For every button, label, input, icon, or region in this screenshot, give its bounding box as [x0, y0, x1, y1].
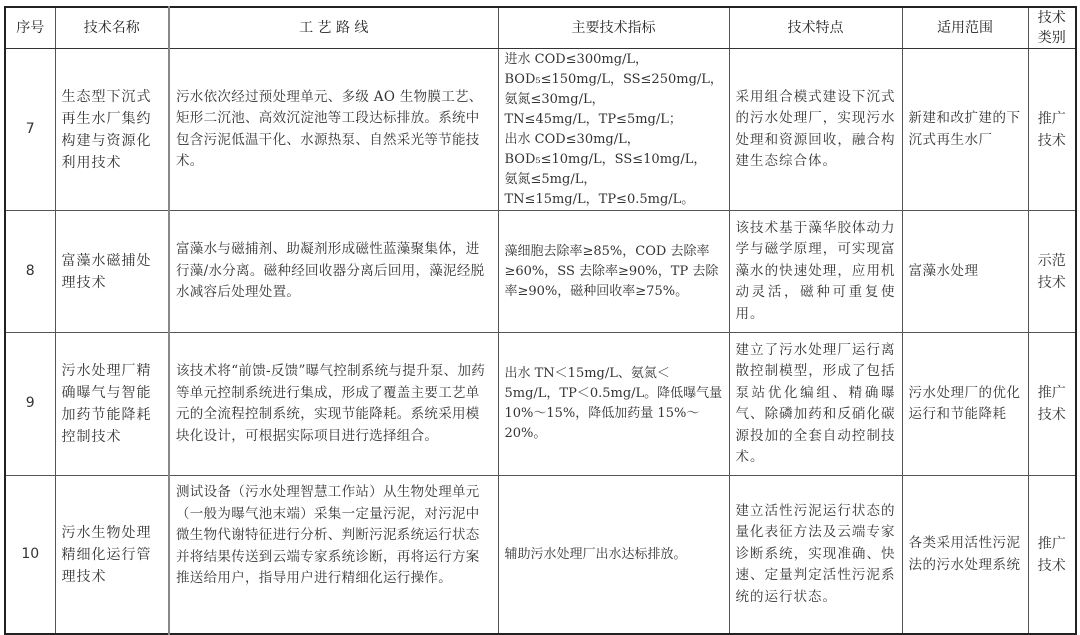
row-scope: 污水处理厂的优化运行和节能降耗 — [902, 333, 1028, 476]
row-metrics: 进水 COD≤300mg/L， BOD₅≤150mg/L，SS≤250mg/L，… — [498, 49, 729, 211]
row-route: 富藻水与磁捕剂、助凝剂形成磁性蓝藻聚集体，进行藻/水分离。磁种经回收器分离后回用… — [169, 211, 498, 333]
row-name: 生态型下沉式再生水厂集约构建与资源化利用技术 — [55, 49, 169, 211]
row-category: 推广 技术 — [1028, 476, 1076, 635]
row-index: 10 — [5, 476, 55, 635]
header-metrics: 主要技术指标 — [498, 7, 729, 49]
metric-line: BOD₅≤150mg/L，SS≤250mg/L， — [505, 70, 723, 90]
table-row: 10 污水生物处理精细化运行管理技术 测试设备（污水处理智慧工作站）从生物处理单… — [5, 476, 1076, 635]
metric-line: 氨氮≤5mg/L， — [505, 170, 723, 190]
row-category: 示范 技术 — [1028, 211, 1076, 333]
metric-line: TN≤15mg/L，TP≤0.5mg/L。 — [505, 190, 723, 210]
row-route: 测试设备（污水处理智慧工作站）从生物处理单元（一般为曝气池末端）采集一定量污泥，… — [169, 476, 498, 635]
metric-line: 进水 COD≤300mg/L， — [505, 50, 723, 70]
row-metrics: 辅助污水处理厂出水达标排放。 — [498, 476, 729, 635]
header-name: 技术名称 — [55, 7, 169, 49]
metric-line: BOD₅≤10mg/L，SS≤10mg/L， — [505, 150, 723, 170]
technology-table: 序号 技术名称 工 艺 路 线 主要技术指标 技术特点 适用范围 技术 类别 7… — [4, 6, 1077, 635]
row-name: 污水处理厂精确曝气与智能加药节能降耗控制技术 — [55, 333, 169, 476]
row-route: 该技术将“前馈-反馈”曝气控制系统与提升泵、加药等单元控制系统进行集成，形成了覆… — [169, 333, 498, 476]
row-scope: 富藻水处理 — [902, 211, 1028, 333]
row-category: 推广 技术 — [1028, 49, 1076, 211]
row-name: 污水生物处理精细化运行管理技术 — [55, 476, 169, 635]
row-index: 9 — [5, 333, 55, 476]
row-features: 建立了污水处理厂运行离散控制模型，形成了包括泵站优化编组、精确曝气、除磷加药和反… — [729, 333, 902, 476]
metric-line: TN≤45mg/L，TP≤5mg/L； — [505, 110, 723, 130]
row-index: 7 — [5, 49, 55, 211]
row-scope: 新建和改扩建的下沉式再生水厂 — [902, 49, 1028, 211]
row-index: 8 — [5, 211, 55, 333]
table-row: 7 生态型下沉式再生水厂集约构建与资源化利用技术 污水依次经过预处理单元、多级 … — [5, 49, 1076, 211]
row-metrics: 出水 TN＜15mg/L、氨氮＜5mg/L，TP＜0.5mg/L。降低曝气量 1… — [498, 333, 729, 476]
header-scope: 适用范围 — [902, 7, 1028, 49]
row-category: 推广 技术 — [1028, 333, 1076, 476]
table-row: 8 富藻水磁捕处理技术 富藻水与磁捕剂、助凝剂形成磁性蓝藻聚集体，进行藻/水分离… — [5, 211, 1076, 333]
table-row: 9 污水处理厂精确曝气与智能加药节能降耗控制技术 该技术将“前馈-反馈”曝气控制… — [5, 333, 1076, 476]
header-category: 技术 类别 — [1028, 7, 1076, 49]
header-index: 序号 — [5, 7, 55, 49]
metric-line: 出水 COD≤30mg/L， — [505, 130, 723, 150]
row-route: 污水依次经过预处理单元、多级 AO 生物膜工艺、矩形二沉池、高效沉淀池等工段达标… — [169, 49, 498, 211]
metric-line: 氨氮≤30mg/L， — [505, 90, 723, 110]
header-features: 技术特点 — [729, 7, 902, 49]
row-features: 采用组合模式建设下沉式的污水处理厂，实现污水处理和资源回收，融合构建生态综合体。 — [729, 49, 902, 211]
header-route: 工 艺 路 线 — [169, 7, 498, 49]
row-metrics: 藻细胞去除率≥85%，COD 去除率≥60%，SS 去除率≥90%，TP 去除率… — [498, 211, 729, 333]
row-features: 该技术基于藻华胶体动力学与磁学原理，可实现富藻水的快速处理，应用机动灵活，磁种可… — [729, 211, 902, 333]
header-row: 序号 技术名称 工 艺 路 线 主要技术指标 技术特点 适用范围 技术 类别 — [5, 7, 1076, 49]
row-name: 富藻水磁捕处理技术 — [55, 211, 169, 333]
row-scope: 各类采用活性污泥法的污水处理系统 — [902, 476, 1028, 635]
row-features: 建立活性污泥运行状态的量化表征方法及云端专家诊断系统，实现准确、快速、定量判定活… — [729, 476, 902, 635]
